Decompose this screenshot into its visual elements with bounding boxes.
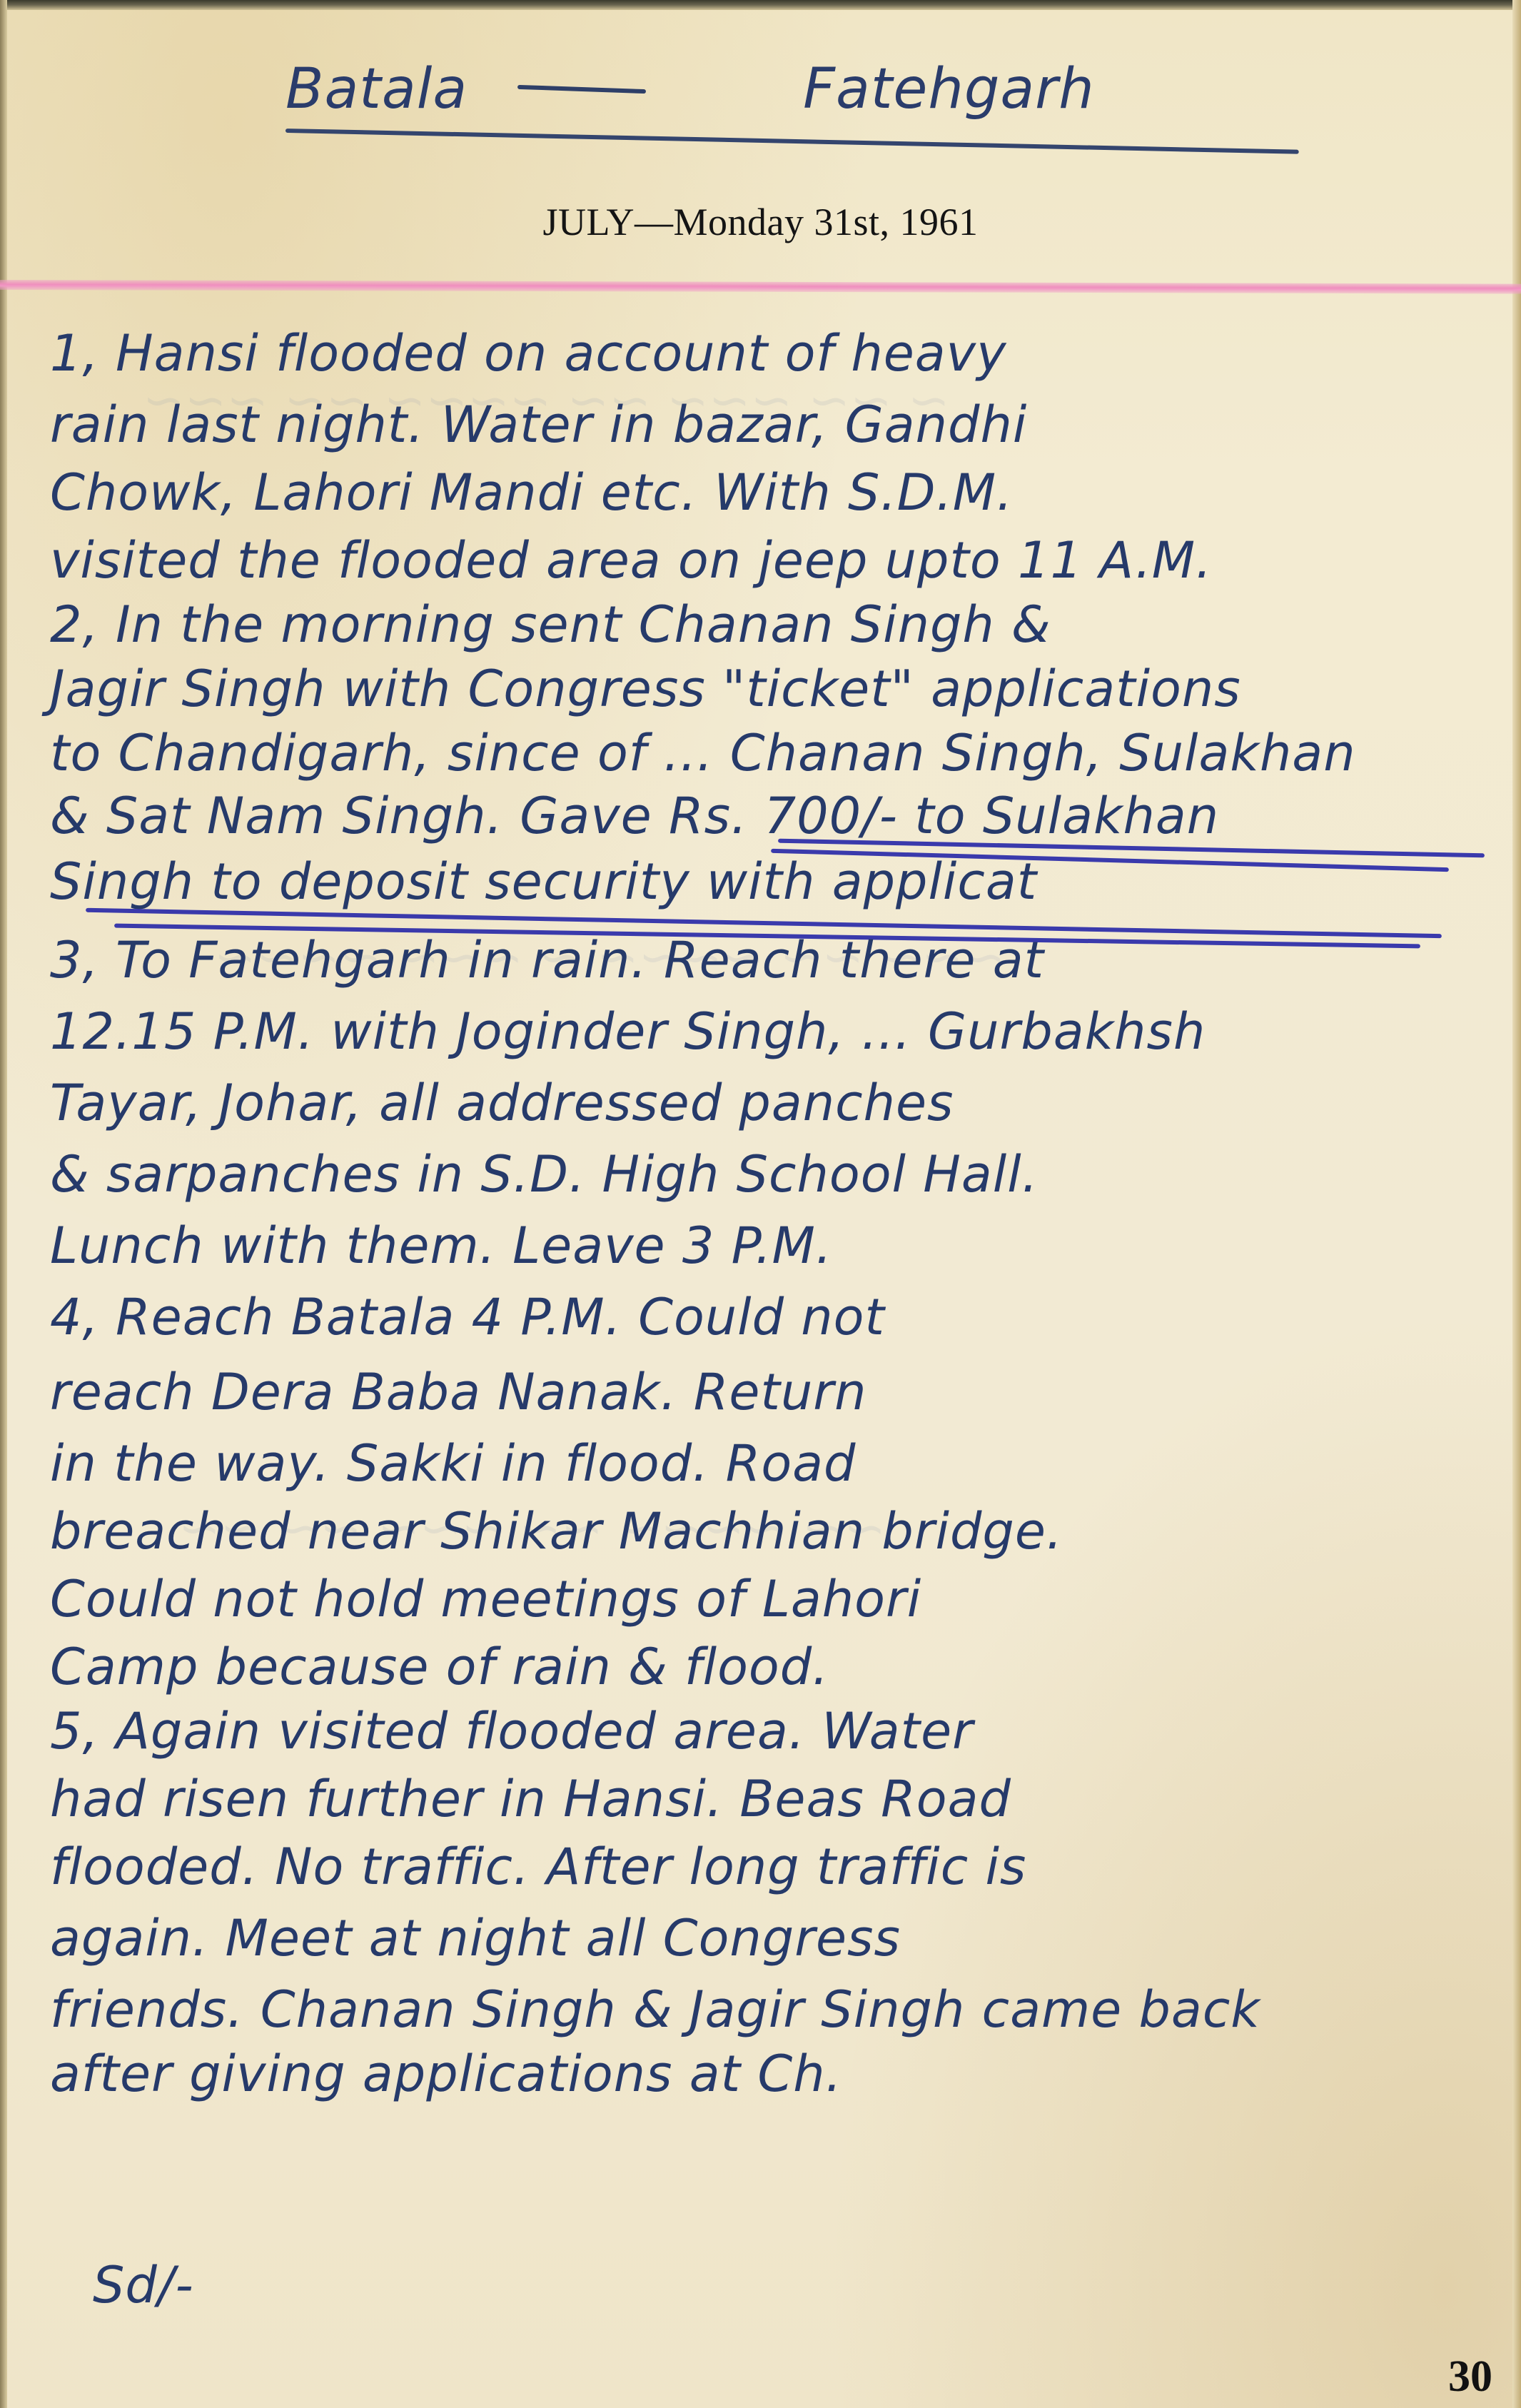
- page-number: 30: [1448, 2352, 1492, 2402]
- entry-5-line-5: friends. Chanan Singh & Jagir Singh came…: [50, 1978, 1260, 2042]
- entry-3-line-4: & sarpanches in S.D. High School Hall.: [50, 1142, 1039, 1206]
- entry-4-line-5: Could not hold meetings of Lahori: [50, 1567, 921, 1631]
- entry-3-line-5: Lunch with them. Leave 3 P.M.: [50, 1214, 832, 1278]
- entry-5-line-1: 5, Again visited flooded area. Water: [50, 1699, 974, 1763]
- entry-1-line-3: Chowk, Lahori Mandi etc. With S.D.M.: [50, 460, 1013, 525]
- entry-1-line-4: visited the flooded area on jeep upto 11…: [50, 528, 1212, 593]
- entry-2-line-2: Jagir Singh with Congress "ticket" appli…: [50, 657, 1241, 721]
- entry-4-line-6: Camp because of rain & flood.: [50, 1635, 829, 1699]
- entry-3-line-1: 3, To Fatehgarh in rain. Reach there at: [50, 928, 1044, 992]
- entry-2-line-3: to Chandigarh, since of ... Chanan Singh…: [50, 721, 1356, 785]
- entry-4-line-3: in the way. Sakki in flood. Road: [50, 1431, 856, 1496]
- route-from: Batala: [285, 57, 468, 121]
- entry-5-line-3: flooded. No traffic. After long traffic …: [50, 1835, 1026, 1899]
- entry-4-line-2: reach Dera Baba Nanak. Return: [50, 1360, 866, 1424]
- entry-5-line-6: after giving applications at Ch.: [50, 2042, 842, 2106]
- entry-3-line-2: 12.15 P.M. with Joginder Singh, ... Gurb…: [50, 999, 1206, 1064]
- entry-3-line-3: Tayar, Johar, all addressed panches: [50, 1071, 954, 1135]
- entry-1-line-1: 1, Hansi flooded on account of heavy: [50, 321, 1007, 386]
- entry-2-line-5: Singh to deposit security with applicat: [50, 850, 1037, 914]
- printed-date: JULY—Monday 31st, 1961: [0, 200, 1521, 244]
- route-header: Batala Fatehgarh: [285, 50, 1356, 129]
- route-underline: [285, 129, 1299, 154]
- page-right-edge: [1512, 0, 1521, 2408]
- entry-1-line-2: rain last night. Water in bazar, Gandhi: [50, 393, 1027, 457]
- page-top-edge: [0, 0, 1521, 10]
- route-dash: [517, 85, 646, 94]
- entry-5-line-2: had risen further in Hansi. Beas Road: [50, 1767, 1011, 1831]
- page-left-edge: [0, 0, 7, 2408]
- signature: Sd/-: [93, 2256, 194, 2314]
- entry-2-line-4: & Sat Nam Singh. Gave Rs. 700/- to Sulak…: [50, 784, 1219, 848]
- entry-5-line-4: again. Meet at night all Congress: [50, 1906, 901, 1970]
- diary-page: ~ ~~ ~~~ ~~ ~~~~ ~~ ~~~ ~~~ ~~ ~~~~ ~ ~~…: [0, 0, 1521, 2408]
- route-to: Fatehgarh: [803, 57, 1094, 121]
- pink-rule: [0, 280, 1521, 294]
- entry-4-line-4: breached near Shikar Machhian bridge.: [50, 1499, 1063, 1563]
- entry-4-line-1: 4, Reach Batala 4 P.M. Could not: [50, 1285, 885, 1349]
- entry-2-line-1: 2, In the morning sent Chanan Singh &: [50, 593, 1051, 657]
